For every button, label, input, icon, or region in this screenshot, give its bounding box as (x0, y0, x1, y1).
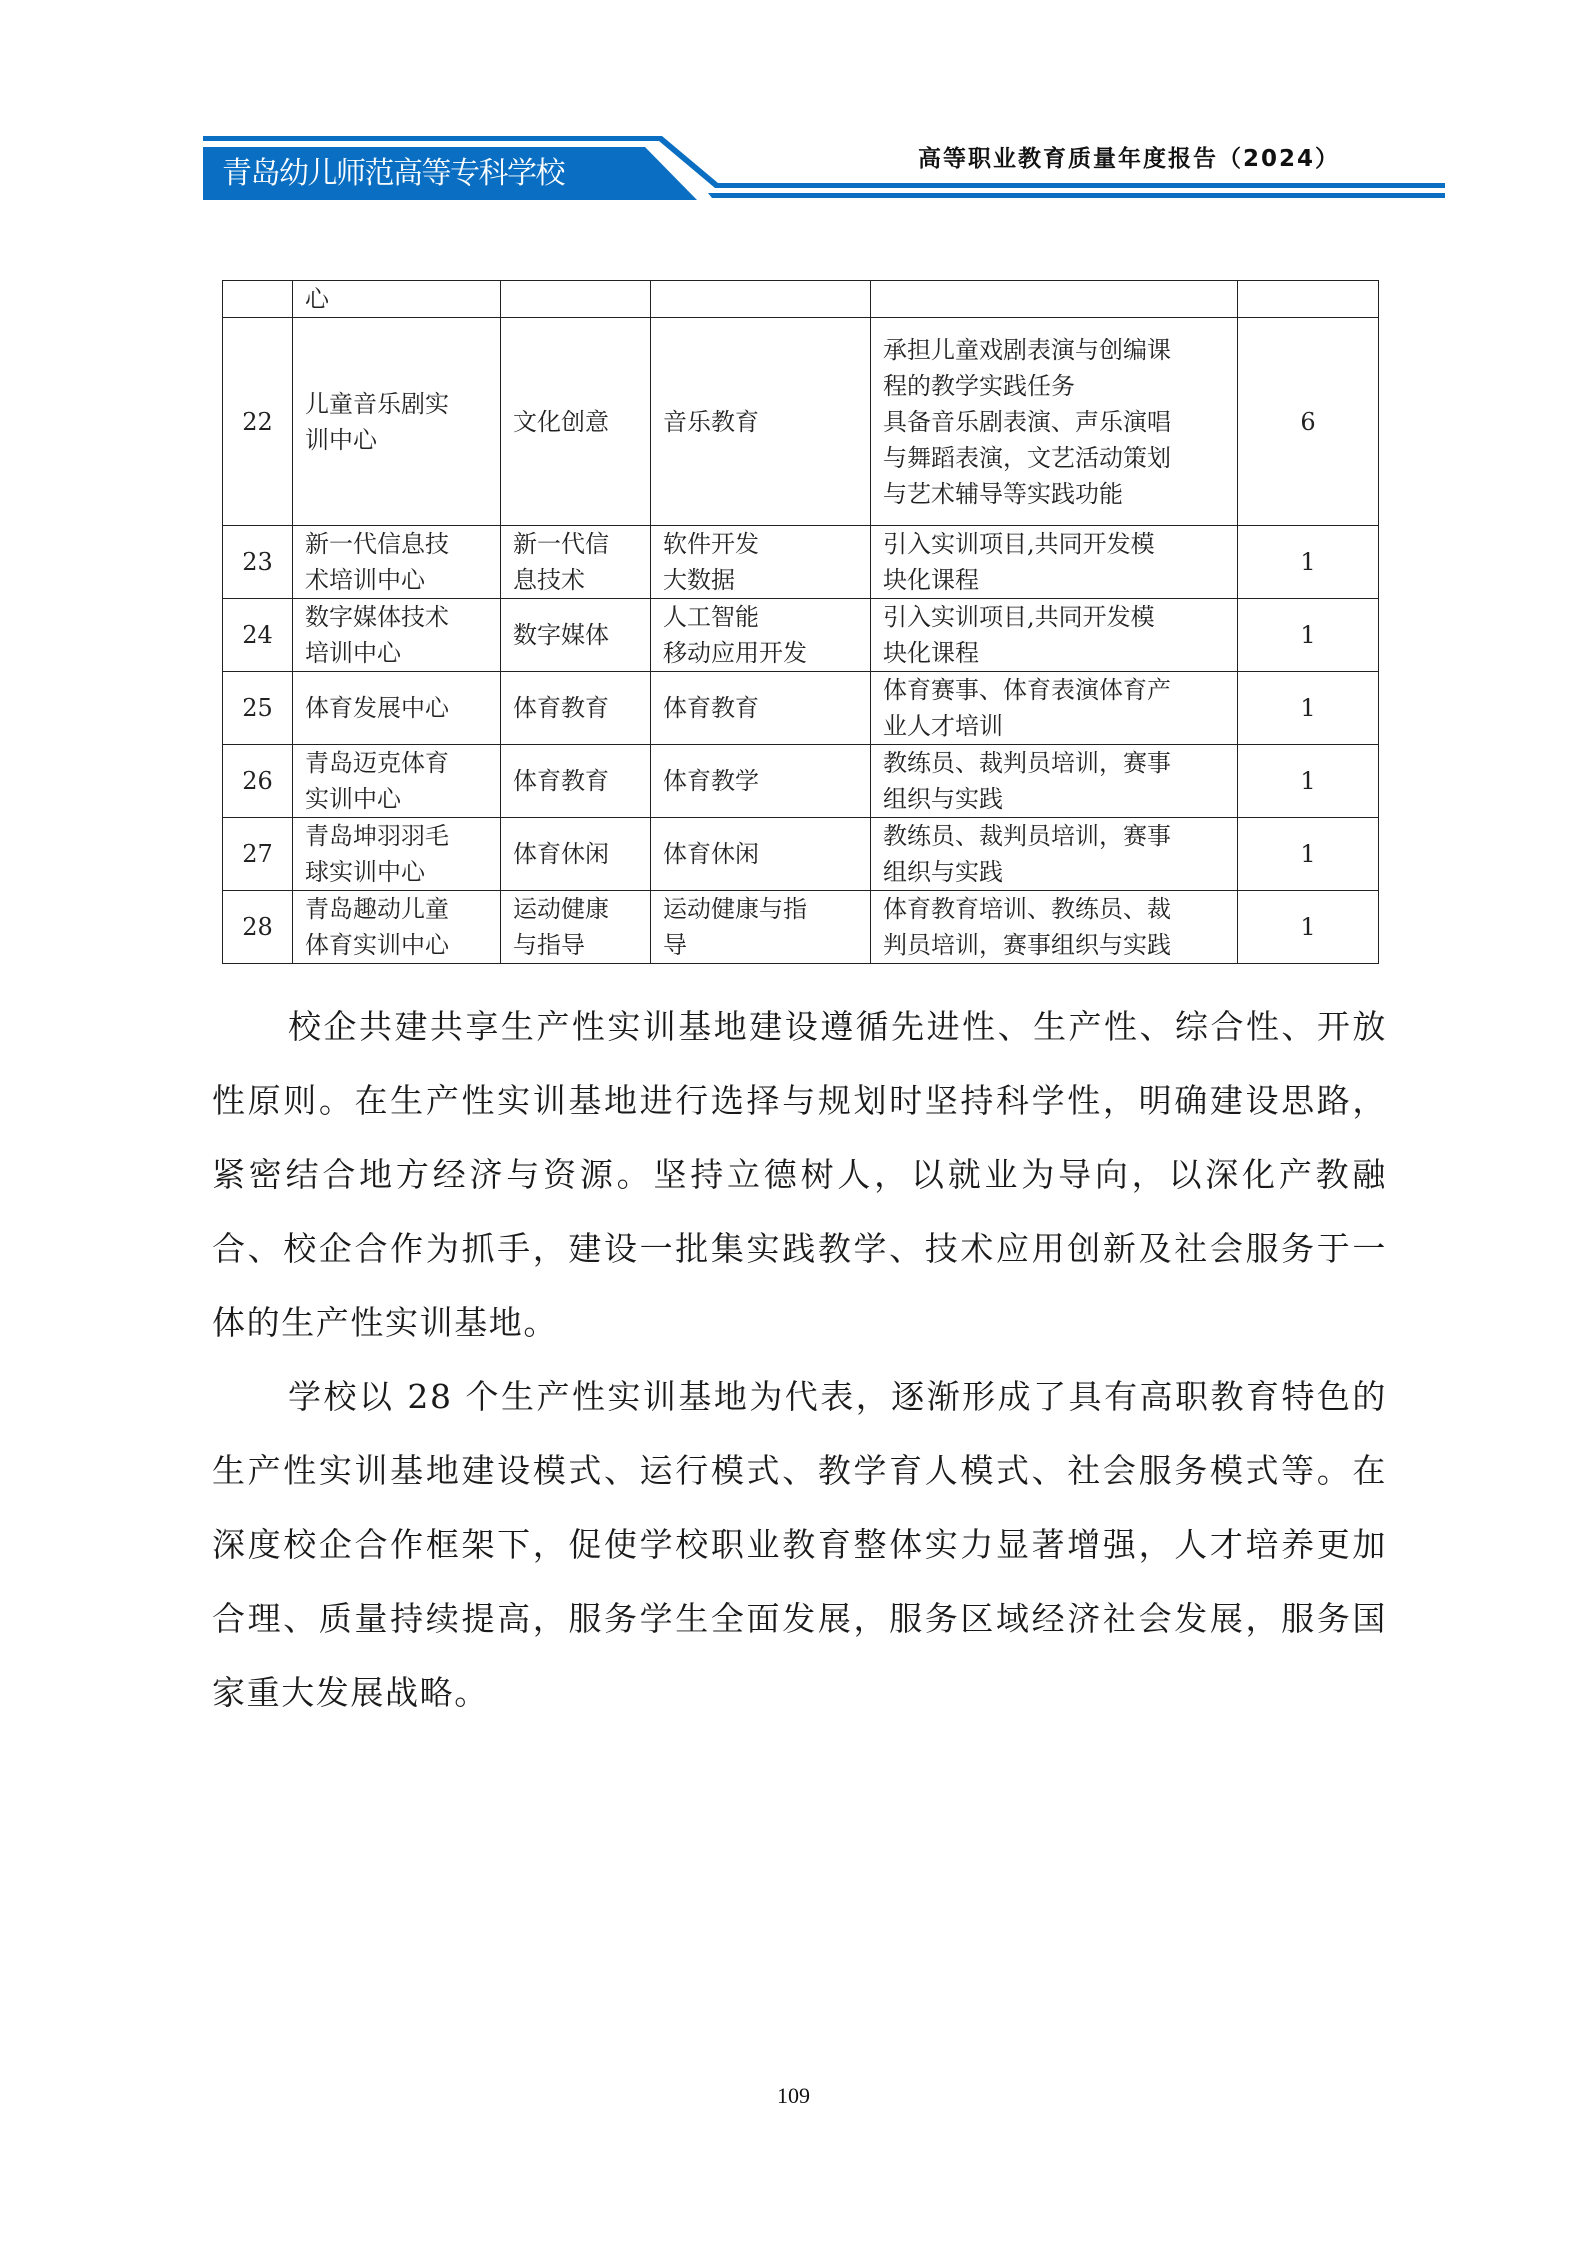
cell-function: 引入实训项目,共同开发模 块化课程 (871, 526, 1238, 599)
cell-major: 人工智能 移动应用开发 (651, 599, 871, 672)
text-line: 承担儿童戏剧表演与创编课 (883, 332, 1225, 368)
cell-function: 教练员、裁判员培训，赛事 组织与实践 (871, 818, 1238, 891)
cell-industry: 体育休闲 (501, 818, 651, 891)
cell-name: 儿童音乐剧实 训中心 (293, 318, 501, 526)
cell-index: 27 (223, 818, 293, 891)
cell-index (223, 281, 293, 318)
text-line: 具备音乐剧表演、声乐演唱 (883, 404, 1225, 440)
cell-index: 22 (223, 318, 293, 526)
cell-major (651, 281, 871, 318)
cell-industry: 文化创意 (501, 318, 651, 526)
text-line: 体育教育 (513, 763, 638, 799)
text-line: 体育实训中心 (305, 927, 488, 963)
text-line: 与艺术辅导等实践功能 (883, 476, 1225, 512)
table-row: 26 青岛迈克体育 实训中心 体育教育 体育教学 教练员、裁判员培训，赛事 组织… (223, 745, 1379, 818)
text-line: 青岛坤羽羽毛 (305, 818, 488, 854)
cell-industry: 运动健康 与指导 (501, 891, 651, 964)
cell-index: 26 (223, 745, 293, 818)
page-number: 109 (0, 2083, 1587, 2109)
text-line: 业人才培训 (883, 708, 1225, 744)
text-line: 教练员、裁判员培训，赛事 (883, 818, 1225, 854)
text-line: 儿童音乐剧实 (305, 386, 488, 422)
text-line: 实训中心 (305, 781, 488, 817)
cell-function: 体育赛事、体育表演体育产 业人才培训 (871, 672, 1238, 745)
paragraph: 学校以 28 个生产性实训基地为代表，逐渐形成了具有高职教育特色的生产性实训基地… (212, 1360, 1387, 1730)
table-row-continued: 心 (223, 281, 1379, 318)
text-line: 移动应用开发 (663, 635, 858, 671)
cell-name: 心 (293, 281, 501, 318)
cell-major: 软件开发 大数据 (651, 526, 871, 599)
training-bases-table: 心 22 儿童音乐剧实 训中心 文化创意 音乐教育 (222, 280, 1379, 964)
text-line: 体育休闲 (513, 836, 638, 872)
table-row: 23 新一代信息技 术培训中心 新一代信 息技术 软件开发 大数据 引入实训项目… (223, 526, 1379, 599)
report-title: 高等职业教育质量年度报告（2024） (918, 140, 1340, 173)
cell-industry: 体育教育 (501, 672, 651, 745)
cell-count: 1 (1238, 891, 1379, 964)
cell-count: 1 (1238, 672, 1379, 745)
cell-industry: 新一代信 息技术 (501, 526, 651, 599)
text-line: 引入实训项目,共同开发模 (883, 526, 1225, 562)
text-line: 文化创意 (513, 404, 638, 440)
text-line: 引入实训项目,共同开发模 (883, 599, 1225, 635)
cell-index: 28 (223, 891, 293, 964)
text-line: 判员培训，赛事组织与实践 (883, 927, 1225, 963)
text-line: 块化课程 (883, 635, 1225, 671)
text-line: 运动健康与指 (663, 891, 858, 927)
cell-major: 音乐教育 (651, 318, 871, 526)
table-row: 28 青岛趣动儿童 体育实训中心 运动健康 与指导 运动健康与指 导 体育教育培… (223, 891, 1379, 964)
cell-industry: 体育教育 (501, 745, 651, 818)
text-line: 软件开发 (663, 526, 858, 562)
cell-name: 青岛坤羽羽毛 球实训中心 (293, 818, 501, 891)
text-line: 运动健康 (513, 891, 638, 927)
text-line: 人工智能 (663, 599, 858, 635)
table-row: 24 数字媒体技术 培训中心 数字媒体 人工智能 移动应用开发 引入实训项目,共… (223, 599, 1379, 672)
text-line: 新一代信 (513, 526, 638, 562)
text-line: 术培训中心 (305, 562, 488, 598)
text-line: 教练员、裁判员培训，赛事 (883, 745, 1225, 781)
text-line: 体育发展中心 (305, 690, 488, 726)
text-line: 与舞蹈表演，文艺活动策划 (883, 440, 1225, 476)
cell-count: 1 (1238, 818, 1379, 891)
school-name: 青岛幼儿师范高等专科学校 (222, 148, 564, 200)
text-line: 青岛迈克体育 (305, 745, 488, 781)
text-line: 培训中心 (305, 635, 488, 671)
cell-index: 24 (223, 599, 293, 672)
cell-name: 青岛趣动儿童 体育实训中心 (293, 891, 501, 964)
cell-industry: 数字媒体 (501, 599, 651, 672)
text-line: 球实训中心 (305, 854, 488, 890)
text-line: 组织与实践 (883, 781, 1225, 817)
cell-major: 体育教学 (651, 745, 871, 818)
table-row: 27 青岛坤羽羽毛 球实训中心 体育休闲 体育休闲 教练员、裁判员培训，赛事 组… (223, 818, 1379, 891)
text-line: 组织与实践 (883, 854, 1225, 890)
text-line: 息技术 (513, 562, 638, 598)
text-line: 数字媒体 (513, 617, 638, 653)
table-row: 25 体育发展中心 体育教育 体育教育 体育赛事、体育表演体育产 业人才培训 1 (223, 672, 1379, 745)
cell-function: 体育教育培训、教练员、裁 判员培训，赛事组织与实践 (871, 891, 1238, 964)
text-line: 体育教育 (663, 690, 858, 726)
cell-major: 体育教育 (651, 672, 871, 745)
body-text: 校企共建共享生产性实训基地建设遵循先进性、生产性、综合性、开放性原则。在生产性实… (212, 990, 1387, 1730)
cell-function: 教练员、裁判员培训，赛事 组织与实践 (871, 745, 1238, 818)
text-line: 新一代信息技 (305, 526, 488, 562)
table-row: 22 儿童音乐剧实 训中心 文化创意 音乐教育 承担儿童戏剧表演与创编课 程的教… (223, 318, 1379, 526)
cell-name: 青岛迈克体育 实训中心 (293, 745, 501, 818)
cell-index: 23 (223, 526, 293, 599)
cell-count: 1 (1238, 526, 1379, 599)
text-line: 大数据 (663, 562, 858, 598)
cell-major: 体育休闲 (651, 818, 871, 891)
text-line: 块化课程 (883, 562, 1225, 598)
cell-name: 新一代信息技 术培训中心 (293, 526, 501, 599)
text-line: 体育教育培训、教练员、裁 (883, 891, 1225, 927)
text-line: 青岛趣动儿童 (305, 891, 488, 927)
text-line: 训中心 (305, 422, 488, 458)
cell-industry (501, 281, 651, 318)
text-line: 体育教育 (513, 690, 638, 726)
text-line: 音乐教育 (663, 404, 858, 440)
cell-count: 6 (1238, 318, 1379, 526)
text-line: 体育休闲 (663, 836, 858, 872)
cell-name: 数字媒体技术 培训中心 (293, 599, 501, 672)
cell-name: 体育发展中心 (293, 672, 501, 745)
cell-count: 1 (1238, 599, 1379, 672)
cell-count: 1 (1238, 745, 1379, 818)
text-line: 体育教学 (663, 763, 858, 799)
cell-index: 25 (223, 672, 293, 745)
paragraph: 校企共建共享生产性实训基地建设遵循先进性、生产性、综合性、开放性原则。在生产性实… (212, 990, 1387, 1360)
cell-count (1238, 281, 1379, 318)
text-line: 与指导 (513, 927, 638, 963)
training-bases-table-container: 心 22 儿童音乐剧实 训中心 文化创意 音乐教育 (222, 280, 1379, 964)
cell-major: 运动健康与指 导 (651, 891, 871, 964)
text-line: 数字媒体技术 (305, 599, 488, 635)
text-line: 体育赛事、体育表演体育产 (883, 672, 1225, 708)
page-header: 青岛幼儿师范高等专科学校 高等职业教育质量年度报告（2024） (0, 0, 1587, 210)
cell-function: 引入实训项目,共同开发模 块化课程 (871, 599, 1238, 672)
text-line: 程的教学实践任务 (883, 368, 1225, 404)
cell-function: 承担儿童戏剧表演与创编课 程的教学实践任务 具备音乐剧表演、声乐演唱 与舞蹈表演… (871, 318, 1238, 526)
cell-function (871, 281, 1238, 318)
text-line: 导 (663, 927, 858, 963)
